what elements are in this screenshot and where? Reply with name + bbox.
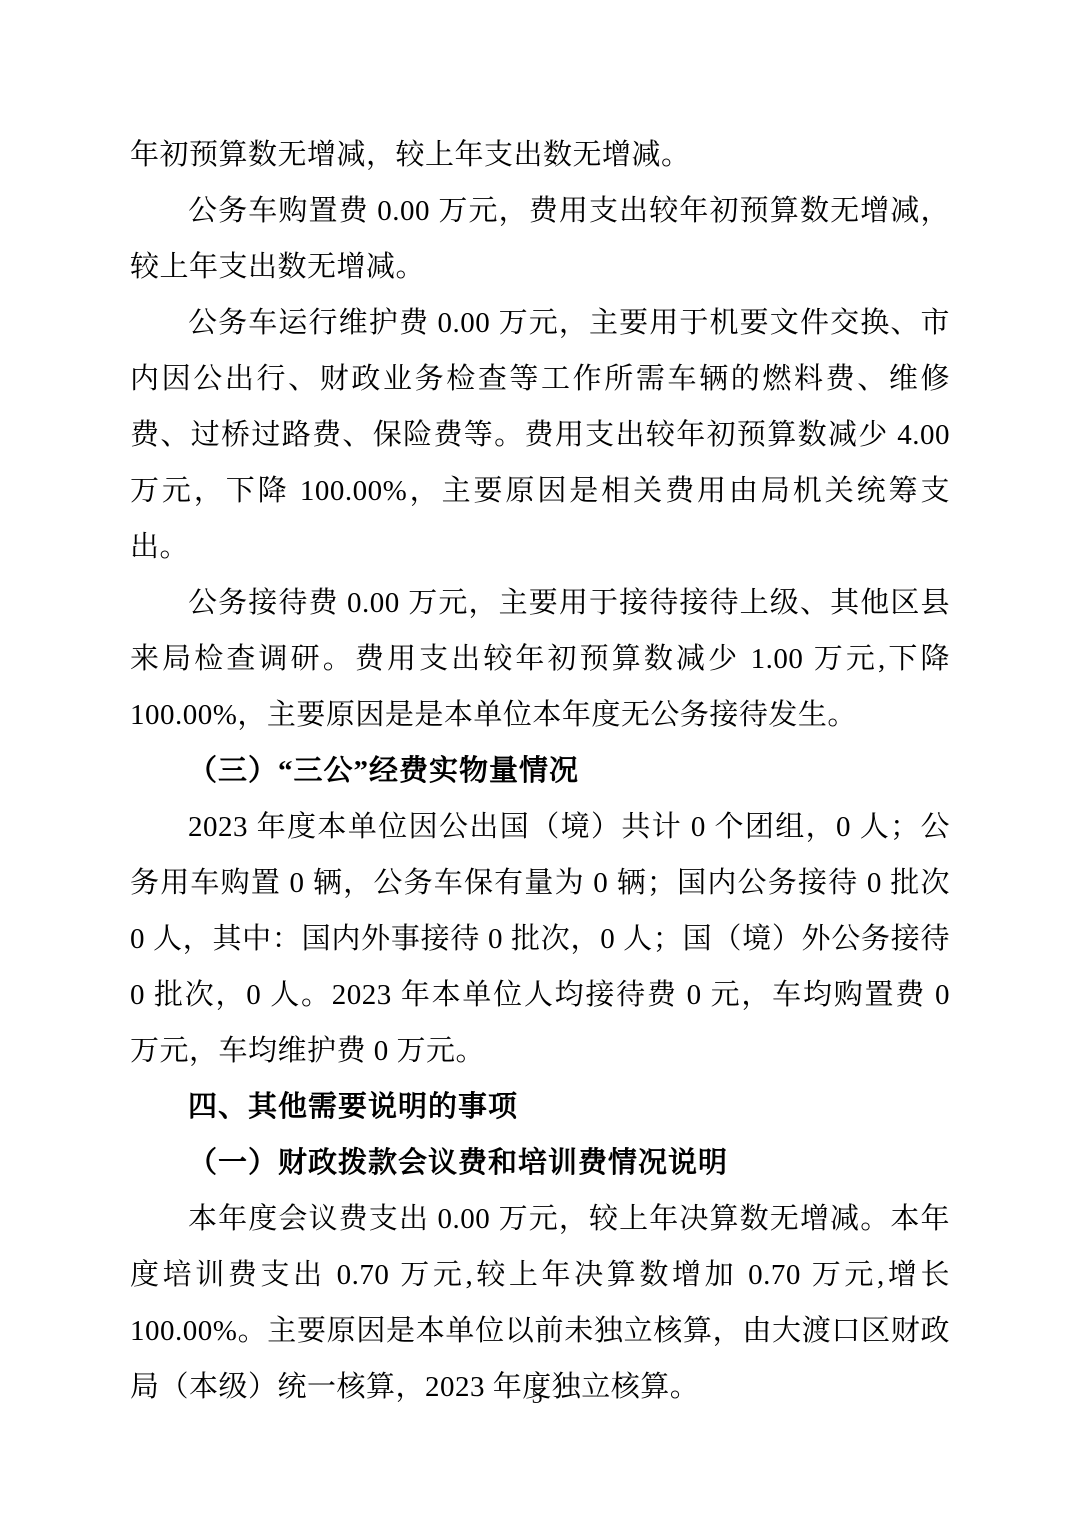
body-paragraph-official-reception: 公务接待费 0.00 万元，主要用于接待接待上级、其他区县来局检查调研。费用支出… xyxy=(130,575,950,743)
body-paragraph-physical-volume-details: 2023 年度本单位因公出国（境）共计 0 个团组，0 人；公务用车购置 0 辆… xyxy=(130,799,950,1079)
body-paragraph-vehicle-maintenance: 公务车运行维护费 0.00 万元，主要用于机要文件交换、市内因公出行、财政业务检… xyxy=(130,295,950,575)
subsection-heading-three-public-physical-volume: （三）“三公”经费实物量情况 xyxy=(130,743,950,799)
document-page: 年初预算数无增减，较上年支出数无增减。 公务车购置费 0.00 万元，费用支出较… xyxy=(0,0,1074,1520)
page-number: 5 xyxy=(0,1380,1074,1412)
subsection-heading-meeting-training-fees: （一）财政拨款会议费和培训费情况说明 xyxy=(130,1135,950,1191)
body-paragraph-continuation: 年初预算数无增减，较上年支出数无增减。 xyxy=(130,127,950,183)
body-paragraph-vehicle-purchase: 公务车购置费 0.00 万元，费用支出较年初预算数无增减，较上年支出数无增减。 xyxy=(130,183,950,295)
section-heading-other-matters: 四、其他需要说明的事项 xyxy=(130,1079,950,1135)
